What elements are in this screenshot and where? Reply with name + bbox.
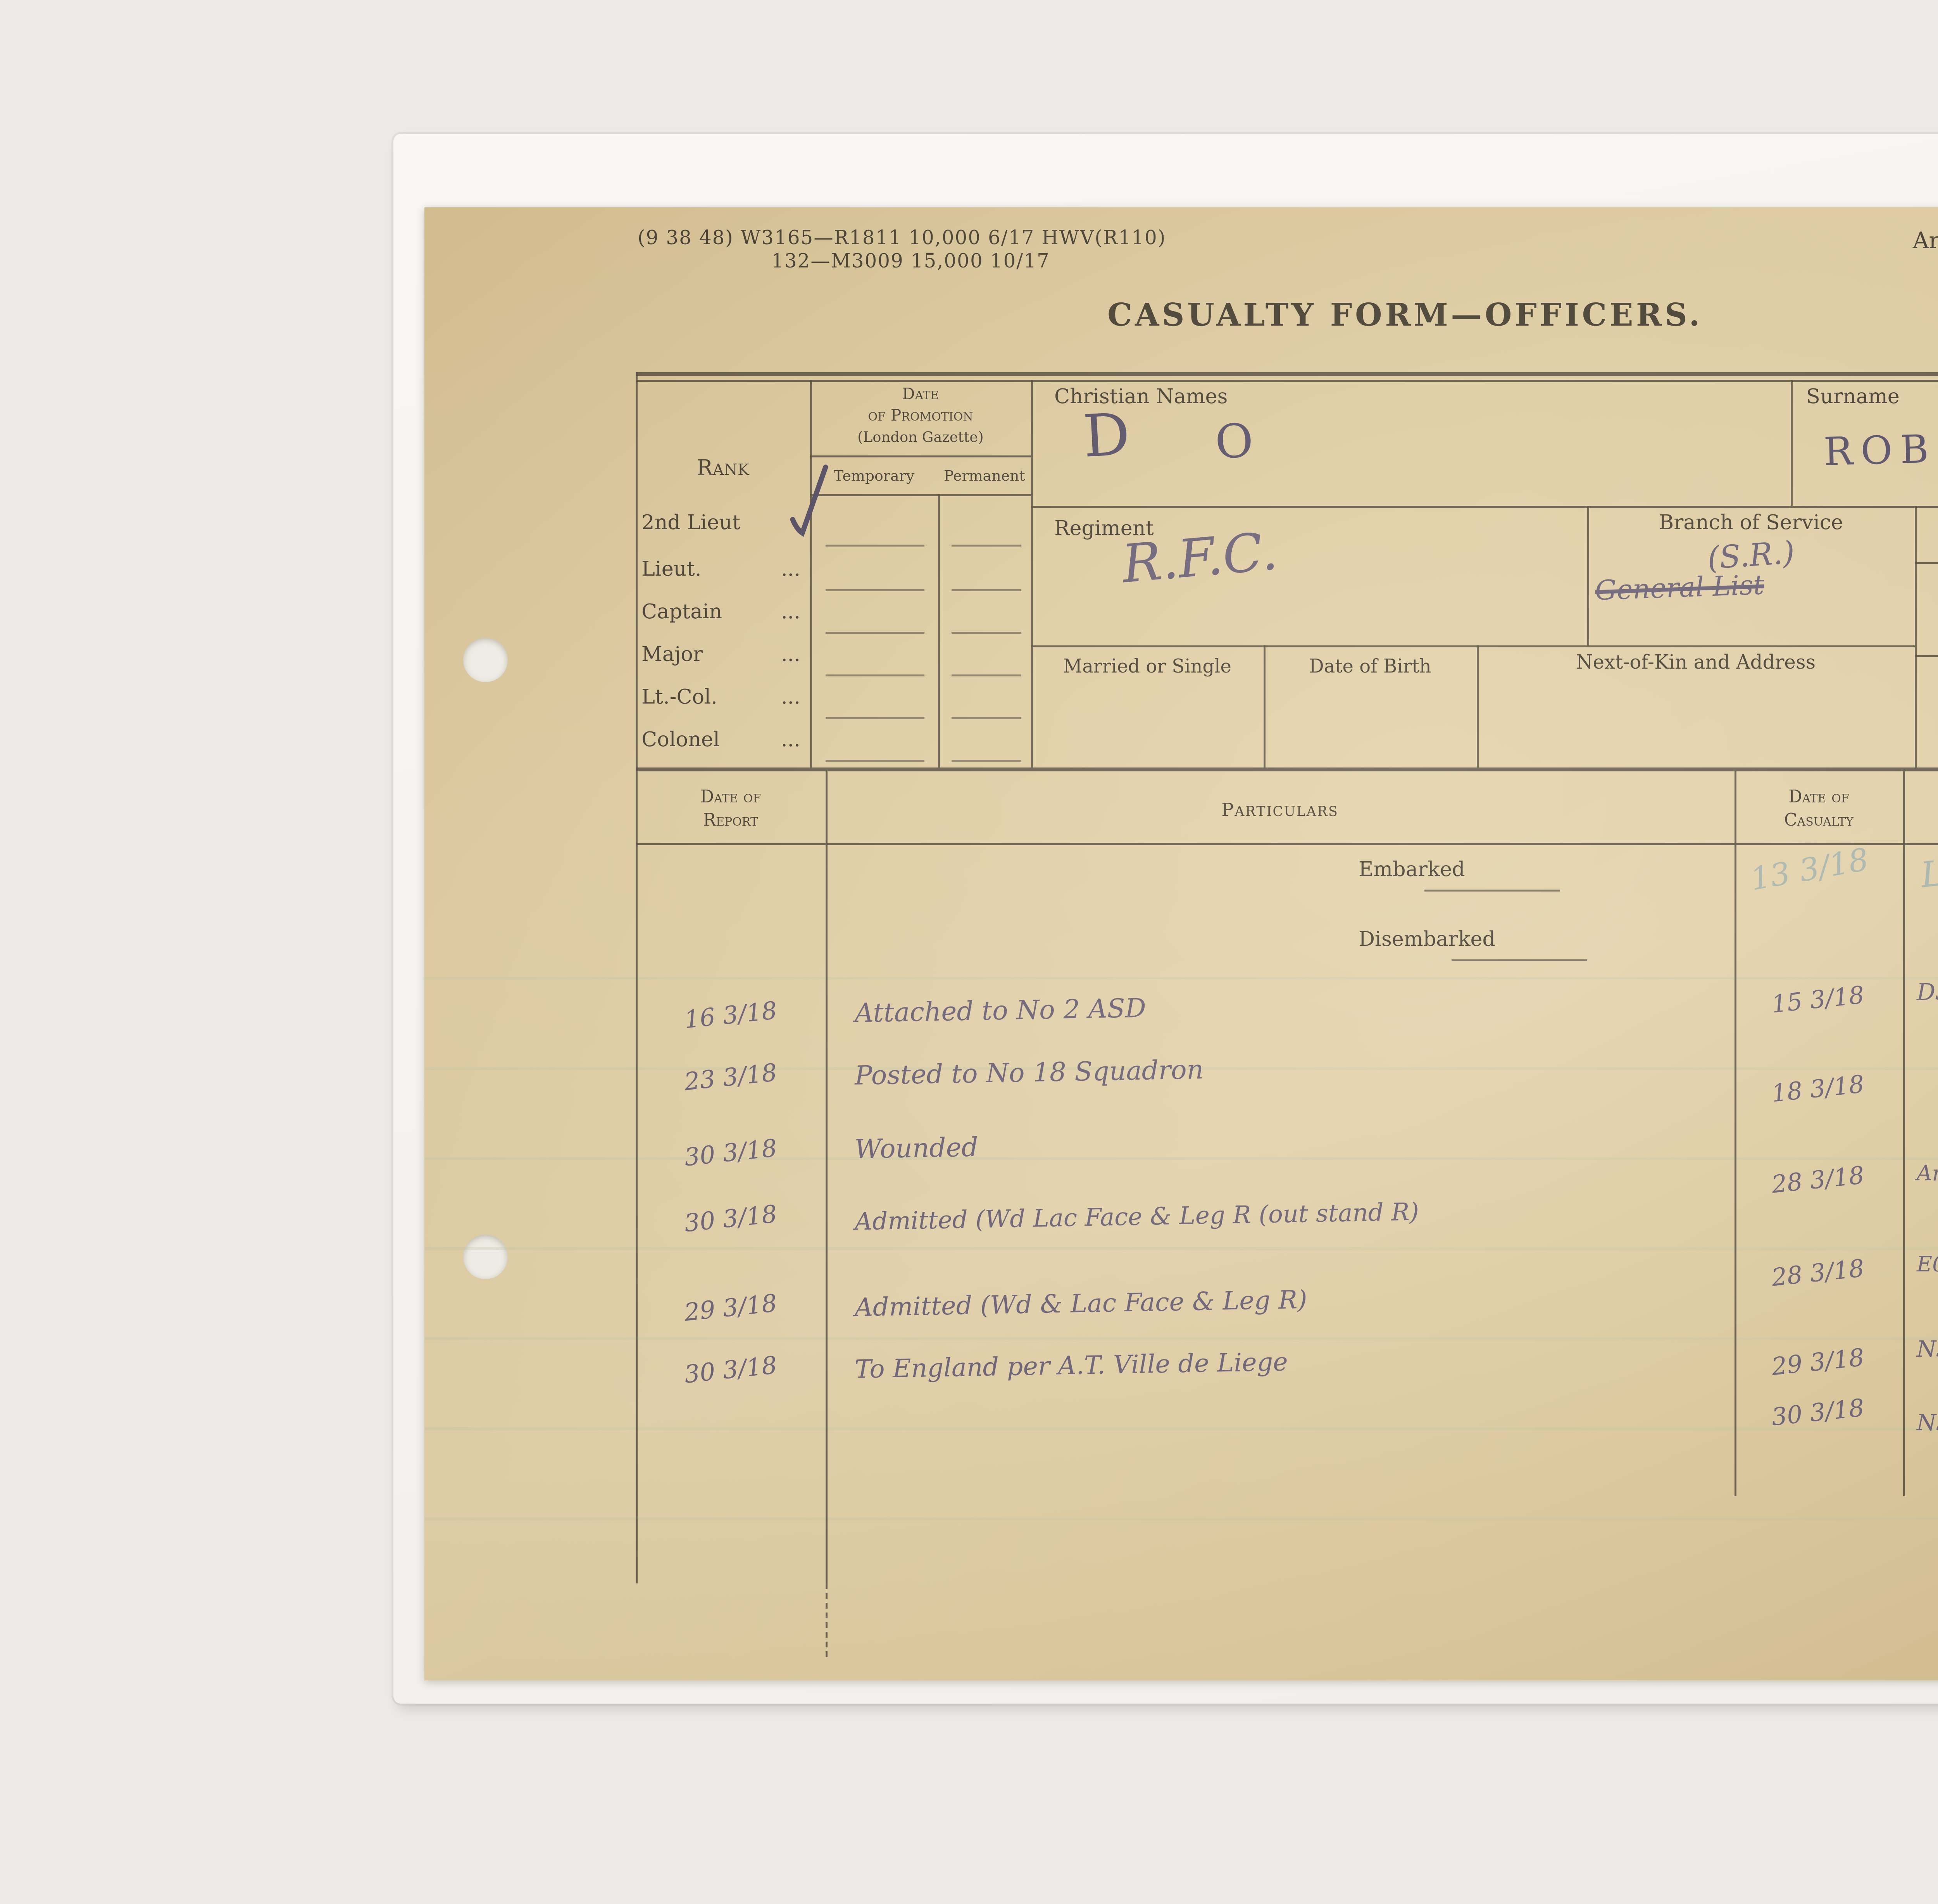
rule <box>826 771 828 1583</box>
report-date: 30 3/18 <box>652 1130 809 1174</box>
particulars-entry: Attached to No 2 ASD <box>854 993 1146 1030</box>
authority-entry: D313 - 2aSD <box>1917 979 1938 1006</box>
embarked-authority-value: LR. 2aSD. <box>1919 838 1938 897</box>
rule <box>952 632 1021 634</box>
rule <box>826 674 924 676</box>
report-header-line1: Date of <box>636 789 826 808</box>
rule <box>810 455 1031 457</box>
rule <box>636 767 1938 772</box>
report-date: 30 3/18 <box>652 1195 809 1240</box>
particulars-entry: To England per A.T. Ville de Liege <box>854 1349 1288 1385</box>
print-code-line-1: (9 38 48) W3165—R1811 10,000 6/17 HWV(R1… <box>638 229 1166 250</box>
rank-row-captain: Captain... <box>641 601 800 624</box>
rank-column-label: Rank <box>636 455 810 481</box>
permanent-column-label: Permanent <box>938 467 1031 485</box>
authority-entry: E09555. - 137 FA <box>1917 1252 1938 1277</box>
christian-name-first-value: D <box>1082 402 1132 472</box>
promotion-header-line3: (London Gazette) <box>810 428 1031 446</box>
next-of-kin-label: Next-of-Kin and Address <box>1477 653 1915 674</box>
rule <box>1031 645 1915 647</box>
authority-entry: Army 1303 - FOC RFC <box>1917 1161 1938 1186</box>
print-code-line-2: 132—M3009 15,000 10/17 <box>771 252 1050 273</box>
rule <box>1915 655 1938 657</box>
casualty-date: 28 3/18 <box>1737 1250 1898 1295</box>
authority-header-line1: Authority and from <box>1903 787 1938 806</box>
casualty-header-line1: Date of <box>1735 789 1903 808</box>
rule <box>1735 771 1736 1496</box>
rule <box>1903 771 1905 1496</box>
report-date: 23 3/18 <box>652 1054 809 1099</box>
date-joining-rfc-label: Date of joining R.F.C. <box>1915 587 1938 609</box>
casualty-date: 18 3/18 <box>1737 1066 1898 1111</box>
embarked-casualty-date-value: 13 3/18 <box>1748 841 1871 898</box>
particulars-entry: Admitted (Wd & Lac Face & Leg R) <box>854 1287 1307 1324</box>
branch-struck-value: General List <box>1595 571 1765 607</box>
form-title: CASUALTY FORM—OFFICERS. <box>424 297 1938 333</box>
casualty-date: 29 3/18 <box>1737 1339 1898 1384</box>
rule <box>826 1583 828 1657</box>
punch-hole-top <box>463 638 508 682</box>
disembarked-label: Disembarked <box>1359 928 1495 952</box>
agent-or-banker-label: Agent or Banker <box>1915 514 1938 537</box>
rule <box>1424 890 1560 892</box>
christian-names-label: Christian Names <box>1054 386 1228 409</box>
form-number: Army Form B.103c. <box>1913 227 1938 254</box>
report-date: 29 3/18 <box>652 1285 809 1330</box>
casualty-header-line2: Casualty <box>1735 812 1903 831</box>
rule <box>636 843 1938 845</box>
rule <box>826 717 924 719</box>
authority-entry: — „ — <box>1917 1074 1938 1101</box>
rule <box>636 372 638 1583</box>
rank-row-colonel: Colonel... <box>641 729 800 752</box>
rule <box>1791 380 1793 506</box>
rule <box>1031 380 1033 767</box>
rule <box>938 494 940 767</box>
surname-label: Surname <box>1806 386 1900 409</box>
rule <box>952 545 1021 547</box>
surname-value: ROBINSON <box>1823 421 1938 475</box>
authority-header-line2: whom received <box>1903 812 1938 831</box>
rank-row-major: Major... <box>641 643 800 667</box>
photo-of-document: (9 38 48) W3165—R1811 10,000 6/17 HWV(R1… <box>0 0 1938 1904</box>
promotion-header-line2: of Promotion <box>810 405 1031 424</box>
rule <box>826 589 924 591</box>
particulars-entry: Posted to No 18 Squadron <box>854 1055 1203 1092</box>
rule <box>1915 506 1917 767</box>
casualty-date: 15 3/18 <box>1737 976 1898 1022</box>
rule <box>1915 562 1938 564</box>
rank-row-2nd-lieut: 2nd Lieut <box>641 512 800 535</box>
rank-row-lt-col: Lt.-Col.... <box>641 686 800 709</box>
casualty-date: 30 3/18 <box>1737 1389 1898 1435</box>
report-date: 30 3/18 <box>652 1347 809 1392</box>
rule <box>636 379 1938 381</box>
rule <box>952 717 1021 719</box>
rule <box>1452 959 1587 961</box>
report-header-line2: Report <box>636 812 826 831</box>
particulars-entry: Wounded <box>854 1133 978 1166</box>
casualty-form-paper: (9 38 48) W3165—R1811 10,000 6/17 HWV(R1… <box>424 207 1938 1680</box>
report-date: 16 3/18 <box>652 992 809 1037</box>
faint-ruled-lines <box>424 890 1938 1587</box>
date-of-birth-label: Date of Birth <box>1264 657 1477 678</box>
rank-checkmark <box>785 459 831 541</box>
rule <box>810 494 1031 496</box>
date-leaving-rfc-label: Date of leaving R.F.C. <box>1915 680 1938 702</box>
rule <box>636 372 1938 376</box>
rule <box>952 760 1021 762</box>
embarked-label: Embarked <box>1359 859 1465 882</box>
punch-hole-bottom <box>463 1235 508 1279</box>
promotion-header-line1: Date <box>810 384 1031 403</box>
rule <box>826 632 924 634</box>
rule <box>952 674 1021 676</box>
rule <box>826 545 924 547</box>
christian-name-second-value: O <box>1213 414 1255 471</box>
rule <box>1031 506 1938 508</box>
rule <box>952 589 1021 591</box>
married-or-single-label: Married or Single <box>1031 657 1264 678</box>
authority-entry: N3083. — „ <box>1917 1409 1938 1436</box>
rule <box>826 760 924 762</box>
particulars-entry: Admitted (Wd Lac Face & Leg R (out stand… <box>854 1197 1419 1235</box>
casualty-date: 28 3/18 <box>1737 1157 1898 1202</box>
rank-row-lieut: Lieut.... <box>641 558 800 581</box>
particulars-header: Particulars <box>826 800 1735 822</box>
authority-entry: N3034 - 20 Genl <box>1917 1335 1938 1362</box>
